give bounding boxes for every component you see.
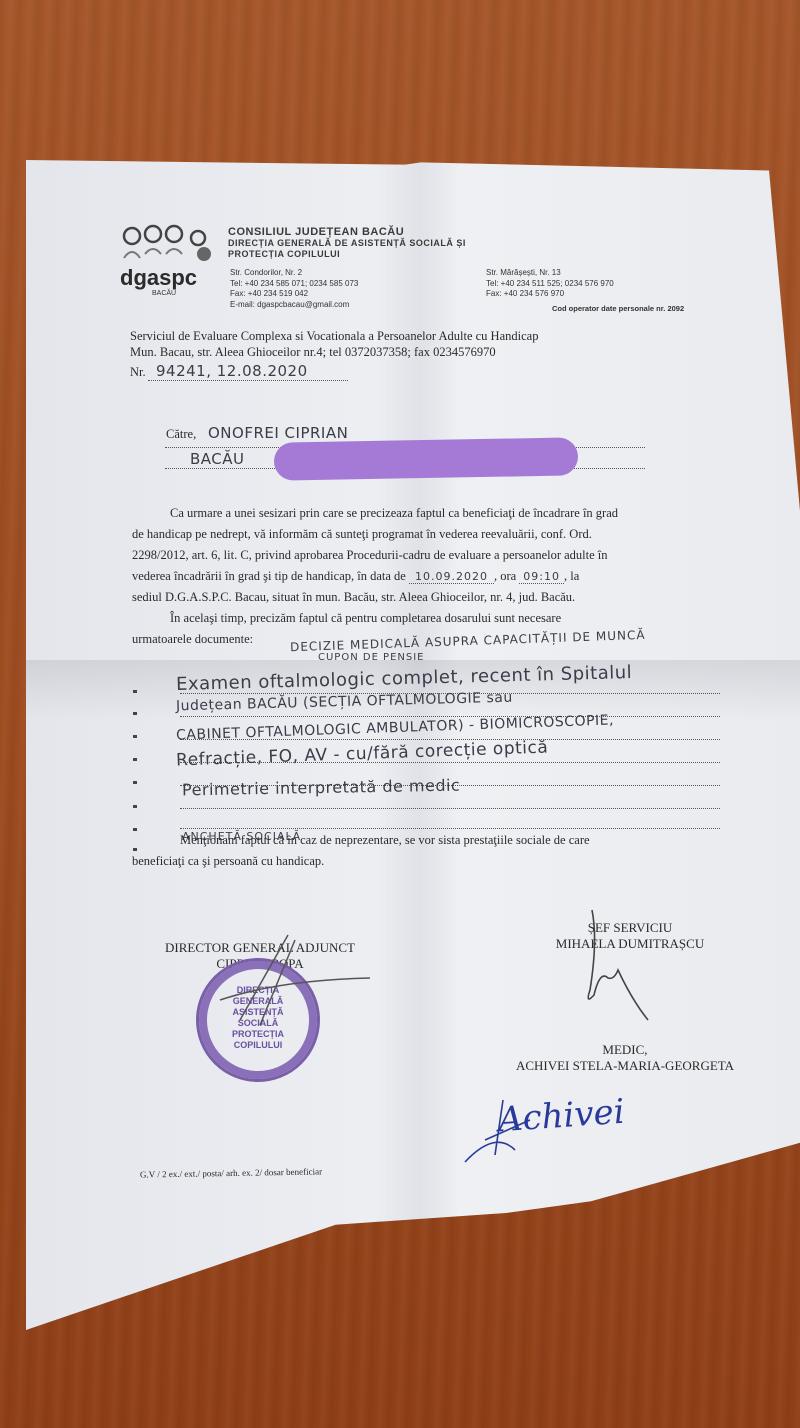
- list-bullet: [133, 735, 137, 738]
- list-bullet: [133, 805, 137, 808]
- recipient-name: ONOFREI CIPRIAN: [208, 424, 348, 442]
- appointment-date: 10.09.2020: [409, 570, 494, 584]
- list-dotline: [180, 828, 720, 829]
- directorate-title: DIRECȚIA GENERALĂ DE ASISTENȚĂ SOCIALĂ Ș…: [228, 238, 466, 248]
- list-bullet: [133, 712, 137, 715]
- paragraph-1: Ca urmare a unei sesizari prin care se p…: [132, 503, 732, 608]
- chief-signature-scribble: [580, 900, 660, 1030]
- medic-signature-block: MEDIC, ACHIVEI STELA-MARIA-GEORGETA: [480, 1042, 770, 1074]
- redaction-mark: [274, 437, 579, 480]
- paragraph-3: Menţionam faptul că în caz de neprezenta…: [132, 830, 772, 872]
- medic-signature-stroke: [455, 1090, 555, 1170]
- list-bullet: [133, 781, 137, 784]
- footer-reference: G.V / 2 ex./ ext./ posta/ arh. ex. 2/ do…: [140, 1161, 322, 1185]
- registration-number: 94241, 12.08.2020: [156, 362, 308, 380]
- dgaspc-logo: dgaspc BACĂU: [120, 224, 220, 294]
- recipient-label: Către,: [166, 424, 196, 445]
- director-signature-scribble: [200, 930, 400, 1040]
- address-left: Str. Condorilor, Nr. 2 Tel: +40 234 585 …: [230, 268, 358, 310]
- address-right: Str. Mărășești, Nr. 13 Tel: +40 234 511 …: [486, 268, 614, 300]
- nr-dotline: [148, 380, 348, 381]
- list-bullet: [133, 690, 137, 693]
- council-title: CONSILIUL JUDEȚEAN BACĂU: [228, 226, 404, 238]
- family-figures-icon: [120, 224, 220, 264]
- list-dotline: [180, 716, 720, 717]
- operator-code: Cod operator date personale nr. 2092: [552, 304, 684, 315]
- recipient-city: BACĂU: [190, 450, 245, 468]
- service-name: Serviciul de Evaluare Complexa si Vocati…: [130, 328, 538, 344]
- handwritten-item: CUPON DE PENSIE: [318, 652, 425, 663]
- directorate-title-2: PROTECȚIA COPILULUI: [228, 249, 340, 259]
- appointment-time: 09:10: [519, 570, 564, 584]
- list-bullet: [133, 758, 137, 761]
- list-dotline: [180, 808, 720, 809]
- logo-brand: dgaspc: [120, 267, 220, 289]
- nr-label: Nr.: [130, 364, 146, 380]
- service-address: Mun. Bacau, str. Aleea Ghioceilor nr.4; …: [130, 344, 496, 360]
- logo-subtitle: BACĂU: [152, 289, 220, 300]
